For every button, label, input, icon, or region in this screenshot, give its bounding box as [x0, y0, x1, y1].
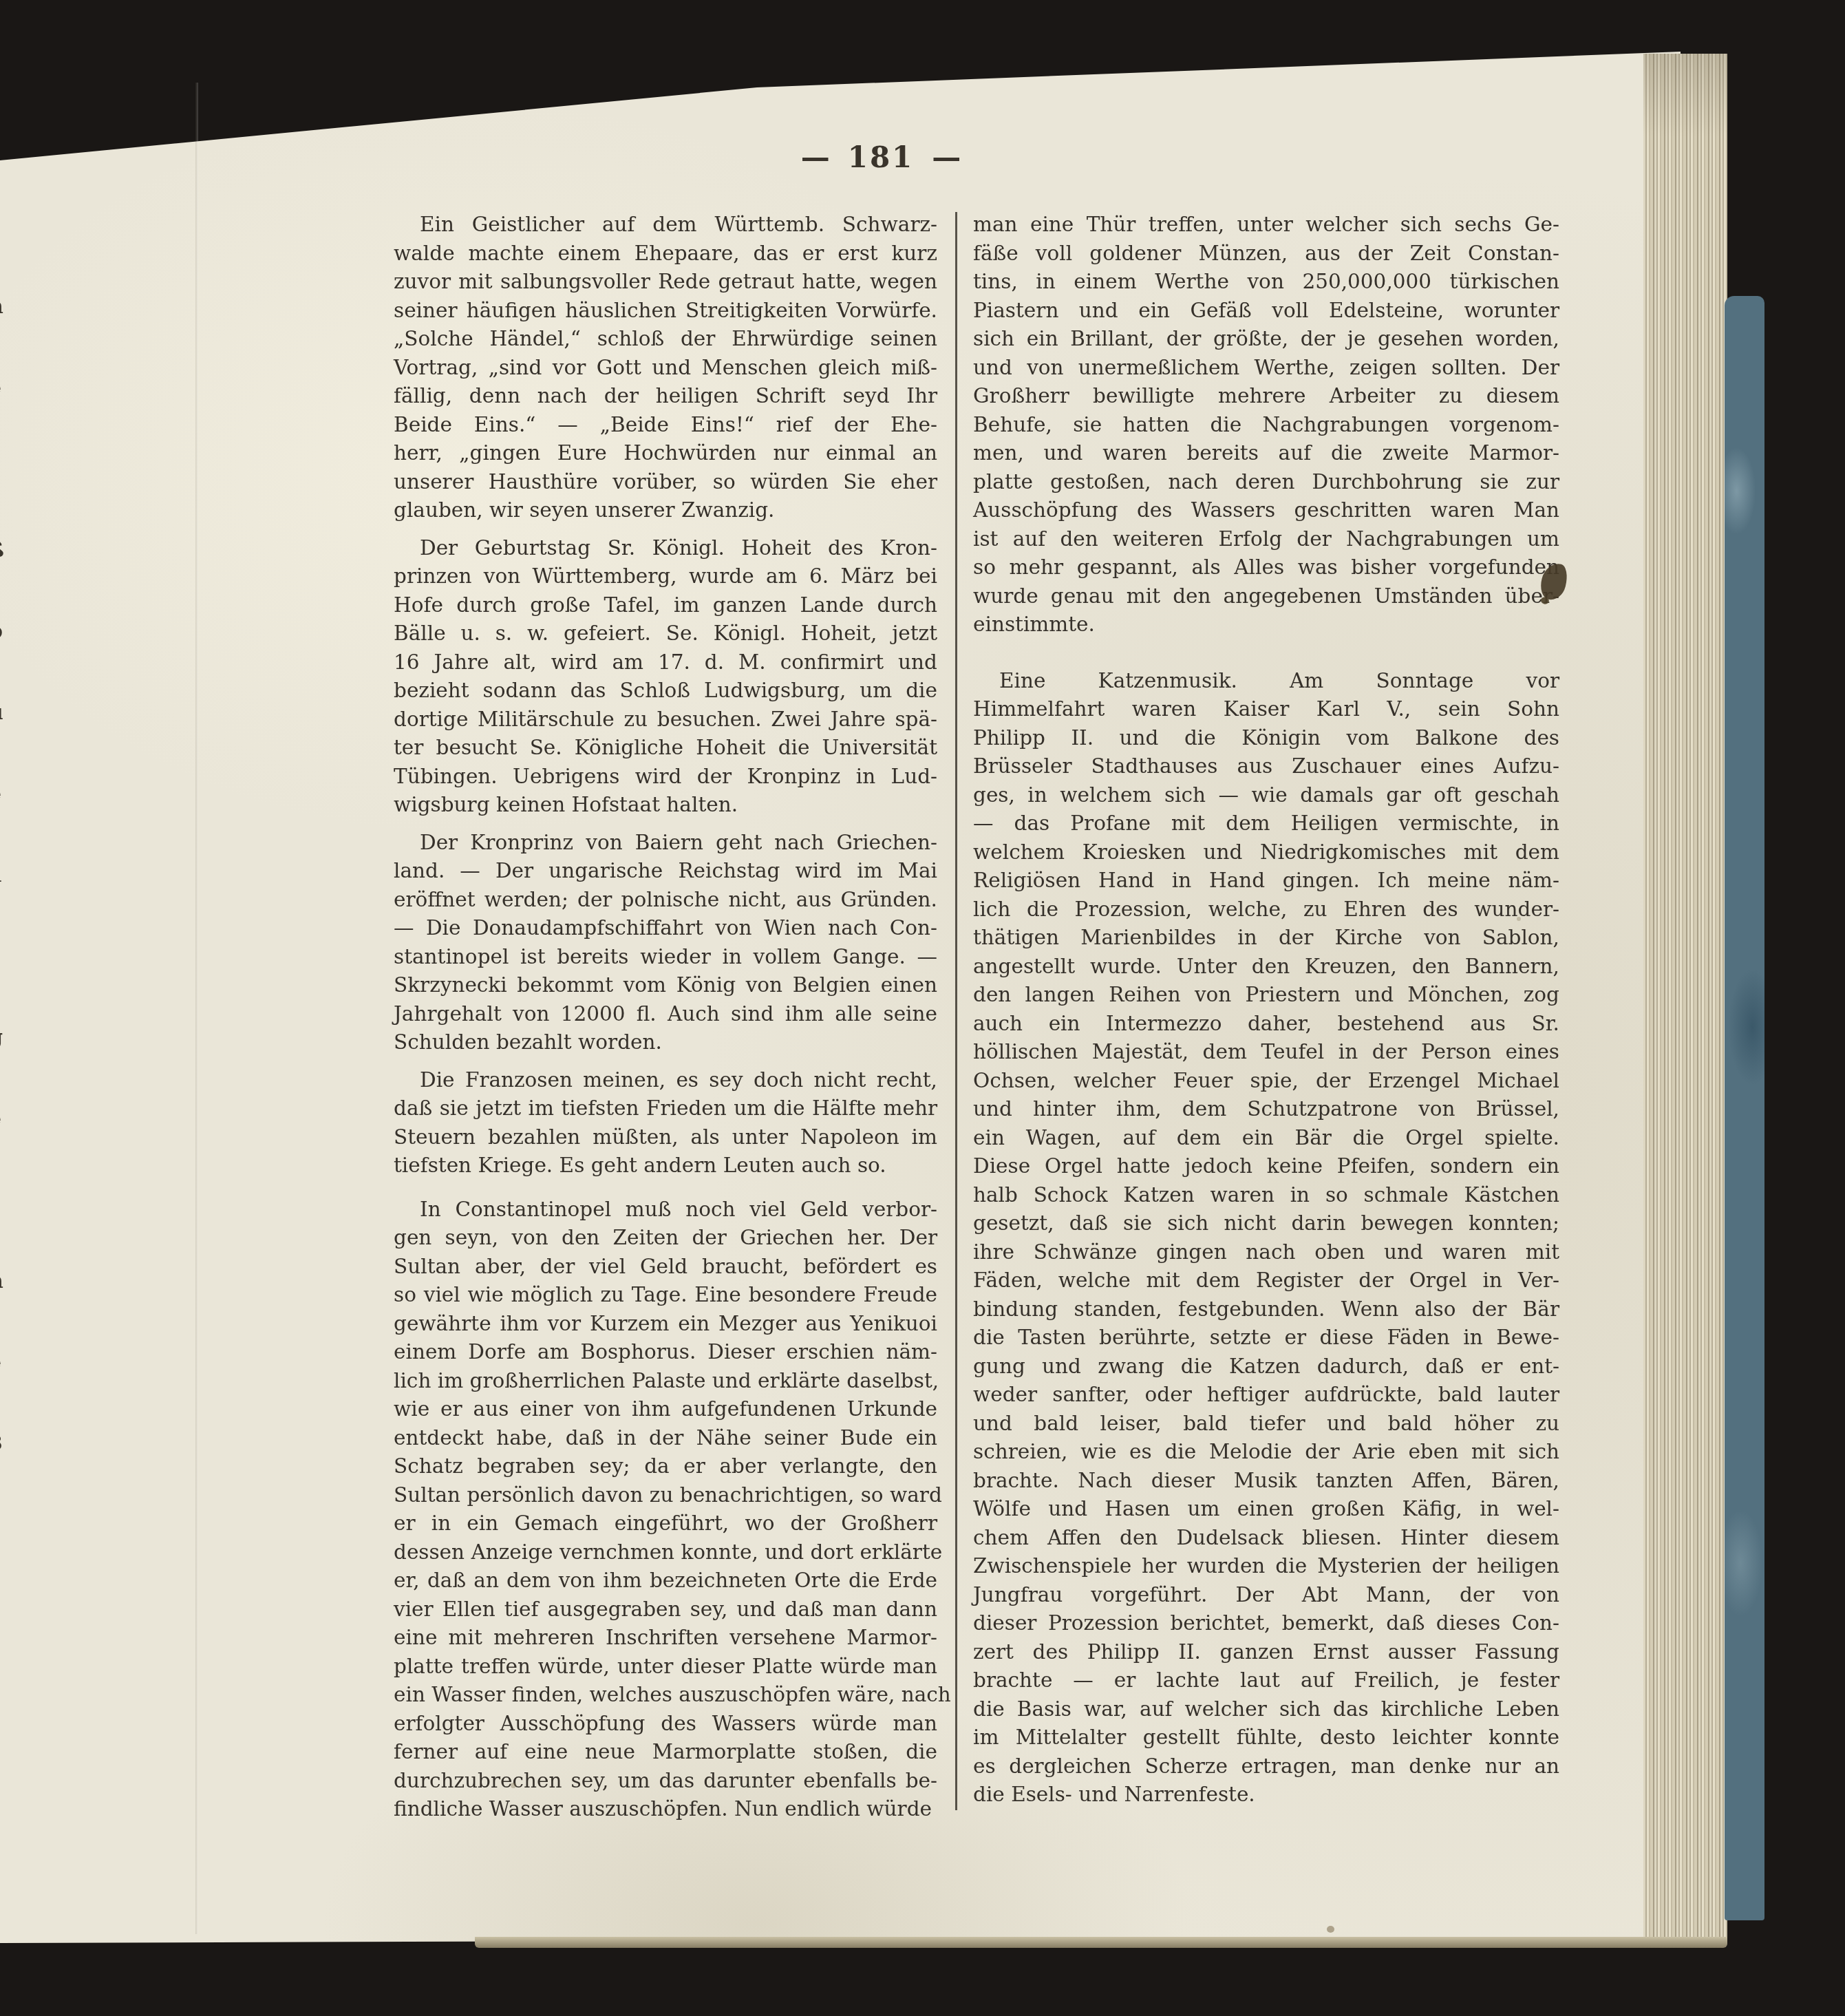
text-line: ein Wagen, auf dem ein Bär die Orgel spi…: [973, 1124, 1559, 1153]
text-line: ges, in welchem sich — wie damals gar of…: [973, 781, 1559, 810]
text-line: seiner häufigen häuslichen Streitigkeite…: [394, 297, 937, 326]
text-line: ihre Schwänze gingen nach oben und waren…: [973, 1238, 1559, 1267]
text-line: lich im großherrlichen Palaste und erklä…: [394, 1367, 937, 1396]
text-line: den langen Reihen von Priestern und Mönc…: [973, 981, 1559, 1010]
text-line: daß sie jetzt im tiefsten Frieden um die…: [394, 1094, 937, 1123]
text-line: im Mittelalter gestellt fühlte, desto le…: [973, 1723, 1559, 1752]
text-line: einstimmte.: [973, 611, 1559, 639]
text-line: Fäden, welche mit dem Register der Orgel…: [973, 1266, 1559, 1295]
letter-fragment: b: [0, 619, 18, 701]
text-line: Schatz begraben sey; da er aber verlangt…: [394, 1452, 937, 1481]
text-line: gung und zwang die Katzen dadurch, daß e…: [973, 1352, 1559, 1381]
text-line: stantinopel ist bereits wieder in vollem…: [394, 943, 937, 972]
text-line: Die Franzosen meinen, es sey doch nicht …: [394, 1066, 937, 1095]
paragraph: Ein Geistlicher auf dem Württemb. Schwar…: [394, 211, 937, 525]
text-line: Himmelfahrt waren Kaiser Karl V., sein S…: [973, 695, 1559, 724]
text-line: dortige Militärschule zu besuchen. Zwei …: [394, 705, 937, 734]
text-line: fäße voll goldener Münzen, aus der Zeit …: [973, 240, 1559, 268]
book-fore-edge-pages: [1643, 54, 1727, 1938]
paper-speck: [511, 1783, 516, 1788]
paragraph: Der Kronprinz von Baiern geht nach Griec…: [394, 829, 937, 1057]
book-bottom-page-edge: [475, 1937, 1727, 1948]
text-line: ter besucht Se. Königliche Hoheit die Un…: [394, 734, 937, 763]
text-line: — das Profane mit dem Heiligen vermischt…: [973, 809, 1559, 838]
text-line: brachte — er lachte laut auf Freilich, j…: [973, 1666, 1559, 1695]
paragraph: Der Geburtstag Sr. Königl. Hoheit des Kr…: [394, 534, 937, 820]
text-line: platte treffen würde, unter dieser Platt…: [394, 1653, 937, 1681]
letter-fragment: ß: [0, 538, 18, 619]
text-line: halb Schock Katzen waren in so schmale K…: [973, 1181, 1559, 1210]
text-line: Ausschöpfung des Wassers geschritten war…: [973, 496, 1559, 525]
text-line: fällig, denn nach der heiligen Schrift s…: [394, 382, 937, 411]
text-line: Religiösen Hand in Hand gingen. Ich mein…: [973, 867, 1559, 895]
column-divider-rule: [955, 212, 957, 1810]
paper-speck: [1517, 917, 1521, 921]
text-line: land. — Der ungarische Reichstag wird im…: [394, 857, 937, 886]
paragraph: Eine Katzenmusik. Am Sonntage vorHimmelf…: [973, 667, 1559, 1810]
text-line: dessen Anzeige vernchmen konnte, und dor…: [394, 1538, 937, 1567]
text-line: walde machte einem Ehepaare, das er erst…: [394, 240, 937, 268]
letter-fragment: t: [0, 213, 18, 295]
letter-fragment: e: [0, 782, 18, 863]
text-line: findliche Wasser auszuschöpfen. Nun endl…: [394, 1795, 937, 1824]
text-line: Ochsen, welcher Feuer spie, der Erzengel…: [973, 1067, 1559, 1096]
text-line: und bald leiser, bald tiefer und bald hö…: [973, 1410, 1559, 1439]
text-line: die Esels- und Narrenfeste.: [973, 1781, 1559, 1810]
text-line: chem Affen den Dudelsack bliesen. Hinter…: [973, 1524, 1559, 1553]
text-line: Diese Orgel hatte jedoch keine Pfeifen, …: [973, 1152, 1559, 1181]
text-line: entdeckt habe, daß in der Nähe seiner Bu…: [394, 1424, 937, 1453]
text-line: dieser Prozession berichtet, bemerkt, da…: [973, 1609, 1559, 1638]
text-line: und von unermeßlichem Werthe, zeigen sol…: [973, 354, 1559, 383]
text-line: gesetzt, daß sie sich nicht darin bewege…: [973, 1209, 1559, 1238]
letter-fragment: e: [0, 1350, 18, 1432]
text-line: platte gestoßen, nach deren Durchbohrung…: [973, 468, 1559, 497]
text-line: Philipp II. und die Königin vom Balkone …: [973, 724, 1559, 753]
text-column-left: Ein Geistlicher auf dem Württemb. Schwar…: [394, 211, 937, 1824]
text-line: Der Geburtstag Sr. Königl. Hoheit des Kr…: [394, 534, 937, 563]
text-line: so mehr gespannt, als Alles was bisher v…: [973, 553, 1559, 582]
paragraph: In Constantinopel muß noch viel Geld ver…: [394, 1196, 937, 1824]
text-line: es dergleichen Scherze ertragen, man den…: [973, 1752, 1559, 1781]
letter-fragment: r: [0, 457, 18, 538]
text-line: Behufe, sie hatten die Nachgrabungen vor…: [973, 411, 1559, 440]
text-line: Jungfrau vorgeführt. Der Abt Mann, der v…: [973, 1581, 1559, 1610]
text-line: tins, in einem Werthe von 250,000,000 tü…: [973, 268, 1559, 297]
letter-fragment: e: [0, 1107, 18, 1188]
text-line: glauben, wir seyen unserer Zwanzig.: [394, 496, 937, 525]
text-line: Piastern und ein Gefäß voll Edelsteine, …: [973, 297, 1559, 326]
page-number: 181: [848, 140, 915, 174]
text-line: wigsburg keinen Hofstaat halten.: [394, 791, 937, 820]
text-line: Bälle u. s. w. gefeiert. Se. Königl. Hoh…: [394, 619, 937, 648]
text-line: so viel wie möglich zu Tage. Eine besond…: [394, 1281, 937, 1310]
letter-fragment: 3: [0, 1432, 18, 1513]
text-line: er, daß an dem von ihm bezeichneten Orte…: [394, 1567, 937, 1595]
text-line: Brüsseler Stadthauses aus Zuschauer eine…: [973, 752, 1559, 781]
text-line: ist auf den weiteren Erfolg der Nachgrab…: [973, 525, 1559, 554]
text-line: Hofe durch große Tafel, im ganzen Lande …: [394, 591, 937, 620]
text-line: und hinter ihm, dem Schutzpatrone von Br…: [973, 1095, 1559, 1124]
text-line: Zwischenspiele her wurden die Mysterien …: [973, 1552, 1559, 1581]
text-line: Steuern bezahlen müßten, als unter Napol…: [394, 1123, 937, 1152]
text-line: prinzen von Württemberg, wurde am 6. Mär…: [394, 562, 937, 591]
text-line: Großherr bewilligte mehrere Arbeiter zu …: [973, 382, 1559, 411]
text-line: weder sanfter, oder heftiger aufdrückte,…: [973, 1381, 1559, 1410]
text-line: brachte. Nach dieser Musik tanzten Affen…: [973, 1467, 1559, 1496]
text-line: sich ein Brillant, der größte, der je ge…: [973, 325, 1559, 354]
text-column-right: man eine Thür treffen, unter welcher sic…: [973, 211, 1559, 1810]
text-line: schreien, wie es die Melodie der Arie eb…: [973, 1438, 1559, 1467]
text-line: Wölfe und Hasen um einen großen Käfig, i…: [973, 1495, 1559, 1524]
text-line: Schulden bezahlt worden.: [394, 1028, 937, 1057]
letter-fragment: r: [0, 1513, 18, 1594]
text-line: wurde genau mit den angegebenen Umstände…: [973, 582, 1559, 611]
text-line: Vortrag, „sind vor Gott und Menschen gle…: [394, 354, 937, 383]
text-line: Der Kronprinz von Baiern geht nach Griec…: [394, 829, 937, 858]
letter-fragment: f: [0, 944, 18, 1026]
text-line: In Constantinopel muß noch viel Geld ver…: [394, 1196, 937, 1224]
paper-speck: [1327, 1926, 1334, 1933]
paragraph: Die Franzosen meinen, es sey doch nicht …: [394, 1066, 937, 1180]
text-line: „Solche Händel,“ schloß der Ehrwürdige s…: [394, 325, 937, 354]
text-line: Sultan persönlich davon zu benachrichtig…: [394, 1481, 937, 1510]
text-line: bezieht sodann das Schloß Ludwigsburg, u…: [394, 677, 937, 705]
letter-fragment: t: [0, 1188, 18, 1269]
text-line: — Die Donaudampfschiffahrt von Wien nach…: [394, 914, 937, 943]
header-rule-right: —: [914, 140, 979, 174]
text-line: eröffnet werden; der polnische nicht, au…: [394, 886, 937, 915]
text-line: 16 Jahre alt, wird am 17. d. M. confirmi…: [394, 648, 937, 677]
text-line: angestellt wurde. Unter den Kreuzen, den…: [973, 953, 1559, 982]
text-line: unserer Hausthüre vorüber, so würden Sie…: [394, 468, 937, 497]
text-line: Sultan aber, der viel Geld braucht, befö…: [394, 1253, 937, 1282]
text-line: zuvor mit salbungsvoller Rede getraut ha…: [394, 268, 937, 297]
text-line: lich die Prozession, welche, zu Ehren de…: [973, 895, 1559, 924]
page-header: —181—: [736, 140, 1025, 174]
text-line: Tübingen. Uebrigens wird der Kronpinz in…: [394, 763, 937, 792]
letter-fragment: n: [0, 1269, 18, 1350]
text-line: höllischen Majestät, dem Teufel in der P…: [973, 1038, 1559, 1067]
text-line: die Basis war, auf welcher sich das kirc…: [973, 1695, 1559, 1724]
text-line: Skrzynecki bekommt vom König von Belgien…: [394, 971, 937, 1000]
letter-fragment: g: [0, 1026, 18, 1107]
book-cover-blue-edge: [1725, 296, 1764, 1920]
letter-fragment: e: [0, 376, 18, 457]
text-line: eine mit mehreren Inschriften versehene …: [394, 1624, 937, 1653]
letter-fragment: n: [0, 295, 18, 376]
text-line: man eine Thür treffen, unter welcher sic…: [973, 211, 1559, 240]
text-line: Jahrgehalt von 12000 fl. Auch sind ihm a…: [394, 1000, 937, 1029]
text-line: erfolgter Ausschöpfung des Wassers würde…: [394, 1710, 937, 1739]
text-line: er in ein Gemach eingeführt, wo der Groß…: [394, 1509, 937, 1538]
text-line: gewährte ihm vor Kurzem ein Mezger aus Y…: [394, 1310, 937, 1339]
text-line: herr, „gingen Eure Hochwürden nur einmal…: [394, 439, 937, 468]
text-line: men, und waren bereits auf die zweite Ma…: [973, 439, 1559, 468]
text-line: thätigen Marienbildes in der Kirche von …: [973, 924, 1559, 953]
text-line: ein Wasser finden, welches auszuschöpfen…: [394, 1681, 937, 1710]
letter-fragment: a: [0, 863, 18, 944]
paper-crease: [195, 83, 198, 1934]
text-line: bindung standen, festgebunden. Wenn also…: [973, 1295, 1559, 1324]
text-line: einem Dorfe am Bosphorus. Dieser erschie…: [394, 1338, 937, 1367]
text-line: wie er aus einer von ihm aufgefundenen U…: [394, 1395, 937, 1424]
text-line: die Tasten berührte, setzte er diese Fäd…: [973, 1324, 1559, 1352]
text-line: vier Ellen tief ausgegraben sey, und daß…: [394, 1595, 937, 1624]
header-rule-left: —: [783, 140, 848, 174]
text-line: ferner auf eine neue Marmorplatte stoßen…: [394, 1738, 937, 1767]
text-line: Ein Geistlicher auf dem Württemb. Schwar…: [394, 211, 937, 240]
text-line: durchzubrechen sey, um das darunter eben…: [394, 1767, 937, 1796]
text-line: Eine Katzenmusik. Am Sonntage vor: [973, 667, 1559, 696]
text-line: tiefsten Kriege. Es geht andern Leuten a…: [394, 1152, 937, 1180]
scanned-book-photo: tnerßbueafgetne3r —181— Ein Geistlicher …: [0, 0, 1845, 2016]
text-line: zert des Philipp II. ganzen Ernst ausser…: [973, 1638, 1559, 1667]
facing-page-letter-fragments: tnerßbueafgetne3r: [0, 213, 18, 1659]
letter-fragment: u: [0, 701, 18, 782]
paragraph: man eine Thür treffen, unter welcher sic…: [973, 211, 1559, 639]
text-line: gen seyn, von den Zeiten der Griechen he…: [394, 1224, 937, 1253]
text-line: welchem Kroiesken und Niedrigkomisches m…: [973, 838, 1559, 867]
text-line: Beide Eins.“ — „Beide Eins!“ rief der Eh…: [394, 411, 937, 440]
text-line: auch ein Intermezzo daher, bestehend aus…: [973, 1010, 1559, 1039]
